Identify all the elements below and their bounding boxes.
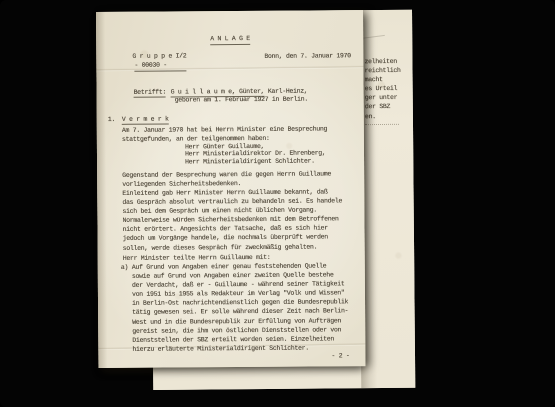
- gruppe-number-value: - 00030 -: [134, 60, 186, 71]
- item-a-text: Auf Grund von Angaben einer genau festst…: [132, 261, 349, 353]
- section-number: 1.: [108, 115, 115, 124]
- text-fragment: en.: [365, 111, 401, 120]
- paragraph-confidential: Einleitend gab Herr Minister Herrn Guill…: [122, 187, 342, 252]
- text-fragment: reichtlich: [364, 66, 400, 75]
- paragraph-subject: Gegenstand der Besprechung waren die geg…: [122, 169, 331, 189]
- subject-birth-line: geboren am 1. Februar 1927 in Berlin.: [175, 95, 308, 105]
- text-fragment: es Urteil: [365, 84, 401, 93]
- text-fragment: macht: [365, 75, 401, 84]
- attendee-list: Herr Günter Guillaume, Herr Ministeriald…: [185, 142, 326, 165]
- text-fragment: zelheiten: [364, 57, 400, 66]
- section-title: V e r m e r k: [122, 114, 169, 123]
- page-edge-shadow: [96, 12, 107, 368]
- text-fragment: der SBZ: [365, 102, 401, 111]
- faint-rule-line: [365, 124, 399, 125]
- betrifft-label: Betrifft:: [134, 88, 166, 97]
- gruppe-number: - 00030 -: [134, 60, 186, 71]
- gruppe-label: G r u p p e I/2: [132, 51, 186, 60]
- page-number: - 2 -: [331, 351, 349, 360]
- item-a-label: a): [121, 263, 128, 272]
- attendee: Herr Ministerialdirigent Schlichter.: [185, 157, 325, 165]
- text-fragment: ger unter: [365, 93, 401, 102]
- paragraph-meeting: Am 7. Januar 1970 hat bei Herrn Minister…: [122, 124, 327, 144]
- scanned-document-view: 41 zelheiten reichtlich macht es Urteil …: [0, 0, 555, 407]
- front-page-sheet: A N L A G E G r u p p e I/2 - 00030 - Bo…: [96, 10, 365, 368]
- back-page-text-fragments: zelheiten reichtlich macht es Urteil ger…: [364, 57, 401, 121]
- document-heading: A N L A G E: [210, 34, 250, 45]
- date-line: Bonn, den 7. Januar 1970: [264, 51, 350, 61]
